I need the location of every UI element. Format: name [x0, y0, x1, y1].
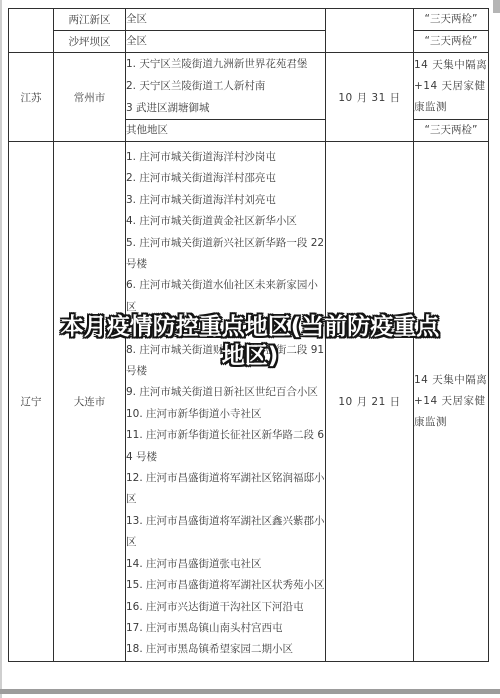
province-cell-empty	[9, 9, 54, 53]
areas-cell: 1. 天宁区兰陵街道九洲新世界花苑君堡2. 天宁区兰陵街道工人新村南3 武进区湖…	[126, 53, 326, 120]
city-cell: 大连市	[54, 142, 126, 662]
area-item: 9. 庄河市城关街道日新社区世纪百合小区	[126, 382, 325, 403]
areas-cell: 全区	[126, 9, 326, 31]
area-item: 18. 庄河市黑岛镇希望家园二期小区	[126, 639, 325, 660]
area-item: 4. 庄河市城关街道黄金社区新华小区	[126, 211, 325, 232]
province-cell: 江苏	[9, 53, 54, 142]
area-item: 16. 庄河市兴达街道干沟社区下河沿屯	[126, 597, 325, 618]
city-cell: 常州市	[54, 53, 126, 142]
date-cell-empty	[326, 9, 414, 53]
page-edge-bottom	[0, 689, 500, 694]
date-cell: 10 月 31 日	[326, 53, 414, 142]
page-edge-corner	[493, 0, 500, 13]
areas-cell: 其他地区	[126, 120, 326, 142]
province-cell: 辽宁	[9, 142, 54, 662]
area-item: 10. 庄河市新华街道小寺社区	[126, 404, 325, 425]
page-edge-left	[0, 0, 2, 698]
area-item: 5. 庄河市城关街道新兴社区新华路一段 22 号楼	[126, 233, 325, 276]
area-item: 11. 庄河市新华街道长征社区新华路二段 64 号楼	[126, 425, 325, 468]
area-item: 12. 庄河市昌盛街道将军湖社区铭润福邸小区	[126, 468, 325, 511]
city-cell: 两江新区	[54, 9, 126, 31]
table-row: 沙坪坝区 全区 “三天两检”	[9, 31, 489, 53]
area-item: 2. 天宁区兰陵街道工人新村南	[126, 75, 325, 97]
table-row: 辽宁 大连市 1. 庄河市城关街道海洋村沙岗屯2. 庄河市城关街道海洋村邵亮屯3…	[9, 142, 489, 662]
table-row: 江苏 常州市 1. 天宁区兰陵街道九洲新世界花苑君堡2. 天宁区兰陵街道工人新村…	[9, 53, 489, 120]
measure-cell: “三天两检”	[414, 9, 489, 31]
area-item: 6. 庄河市城关街道水仙社区未来新家园小区	[126, 275, 325, 318]
area-item: 13. 庄河市昌盛街道将军湖社区鑫兴紫郡小区	[126, 511, 325, 554]
area-item: 14. 庄河市昌盛街道张屯社区	[126, 554, 325, 575]
areas-cell: 1. 庄河市城关街道海洋村沙岗屯2. 庄河市城关街道海洋村邵亮屯3. 庄河市城关…	[126, 142, 326, 662]
area-item: 1. 天宁区兰陵街道九洲新世界花苑君堡	[126, 53, 325, 75]
area-item: 3 武进区湖塘御城	[126, 97, 325, 119]
city-cell: 沙坪坝区	[54, 31, 126, 53]
area-item: 2. 庄河市城关街道海洋村邵亮屯	[126, 168, 325, 189]
measure-cell: “三天两检”	[414, 31, 489, 53]
measure-cell: “三天两检”	[414, 120, 489, 142]
area-item: 1. 庄河市城关街道海洋村沙岗屯	[126, 147, 325, 168]
measure-cell: 14 天集中隔离+14 天居家健康监测	[414, 53, 489, 120]
area-item: 3. 庄河市城关街道海洋村刘亮屯	[126, 190, 325, 211]
date-cell: 10 月 21 日	[326, 142, 414, 662]
areas-cell: 全区	[126, 31, 326, 53]
area-item: 15. 庄河市昌盛街道将军湖社区状秀苑小区	[126, 575, 325, 596]
table-row: 两江新区 全区 “三天两检”	[9, 9, 489, 31]
measure-cell: 14 天集中隔离+14 天居家健康监测	[414, 142, 489, 662]
area-item: 17. 庄河市黑岛镇山南头村宫西屯	[126, 618, 325, 639]
document-page: 两江新区 全区 “三天两检” 沙坪坝区 全区 “三天两检” 江苏 常州市 1. …	[0, 0, 500, 698]
watermark-title: 本月疫情防控重点地区(当前防疫重点地区)	[50, 313, 450, 371]
